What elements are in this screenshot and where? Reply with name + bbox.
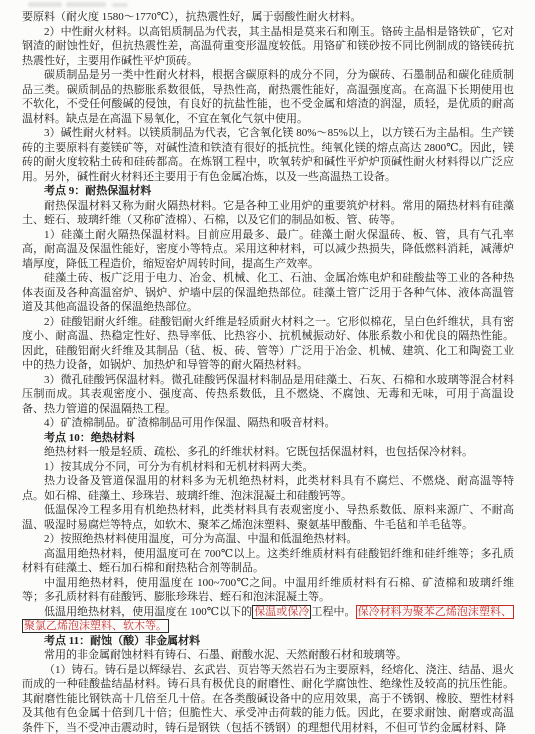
highlighted-annotation: 保温或保冷 bbox=[252, 605, 311, 619]
section-heading: 考点 9：耐热保温材料 bbox=[22, 184, 514, 199]
section-heading: 考点 11：耐蚀（酸）非金属材料 bbox=[22, 634, 514, 649]
document-text-column: 要原料（耐火度 1580～1770℃），抗热震性好，属于弱酸性耐火材料。2）中性… bbox=[22, 10, 514, 734]
text-run: （1）铸石。铸石是以辉绿岩、玄武岩、页岩等天然岩石为主要原料，经熔化、浇注、结晶… bbox=[22, 664, 514, 734]
paragraph: 高温用绝热材料，使用温度可在 700℃以上。这类纤维质材料有硅酸铝纤维和硅纤维等… bbox=[22, 547, 514, 576]
paragraph: 要原料（耐火度 1580～1770℃），抗热震性好，属于弱酸性耐火材料。 bbox=[22, 10, 514, 25]
paragraph: 2）硅酸铝耐火纤维。硅酸铝耐火纤维是轻质耐火材料之一。它形似棉花，呈白色纤维状，… bbox=[22, 315, 514, 373]
text-run: 常用的非金属耐蚀材料有铸石、石墨、耐酸水泥、天然耐酸石材和玻璃等。 bbox=[44, 649, 407, 661]
paragraph: 1）硅藻土耐火隔热保温材料。目前应用最多、最广。硅藻土耐火保温砖、板、管，具有气… bbox=[22, 228, 514, 272]
text-run: 热力设备及管道保温用的材料多为无机绝热材料，此类材料具有不腐烂、不燃烧、耐高温等… bbox=[22, 475, 514, 502]
highlighted-annotation: 保冷材料为聚苯乙烯泡沫塑料、 bbox=[356, 605, 514, 619]
text-run: 中温用绝热材料，使用温度在 100~700℃之间。中温用纤维质材料有石棉、矿渣棉… bbox=[22, 577, 514, 604]
paragraph: 2）中性耐火材料。以高铝质制品为代表，其主晶相是莫来石和刚玉。铬砖主晶相是铬铁矿… bbox=[22, 25, 514, 69]
text-run: 耐热保温材料又称为耐火隔热材料。它是各种工业用炉的重要筑炉材料。常用的隔热材料有… bbox=[22, 200, 514, 227]
paragraph: 中温用绝热材料，使用温度在 100~700℃之间。中温用纤维质材料有石棉、矿渣棉… bbox=[22, 576, 514, 605]
paragraph: 3）微孔硅酸钙保温材料。微孔硅酸钙保温材料制品是用硅藻土、石灰、石棉和水玻璃等混… bbox=[22, 373, 514, 417]
paragraph: 1）按其成分不同，可分为有机材料和无机材料两大类。 bbox=[22, 460, 514, 475]
scan-artifact bbox=[28, 2, 62, 7]
text-run: 3）碱性耐火材料。以镁质制品为代表，它含氧化镁 80%～85%以上，以方镁石为主… bbox=[22, 127, 514, 183]
paragraph: 低温保冷工程多用有机绝热材料，此类材料具有表观密度小、导热系数低、原料来源广、不… bbox=[22, 503, 514, 532]
document-page: 要原料（耐火度 1580～1770℃），抗热震性好，属于弱酸性耐火材料。2）中性… bbox=[0, 0, 535, 734]
paragraph: 热力设备及管道保温用的材料多为无机绝热材料，此类材料具有不腐烂、不燃烧、耐高温等… bbox=[22, 474, 514, 503]
paragraph: （1）铸石。铸石是以辉绿岩、玄武岩、页岩等天然岩石为主要原料，经熔化、浇注、结晶… bbox=[22, 663, 514, 734]
paragraph: 低温用绝热材料，使用温度在 100℃以下的保温或保冷工程中。保冷材料为聚苯乙烯泡… bbox=[22, 605, 514, 634]
text-run: 4）矿渣棉制品。矿渣棉制品可用作保温、隔热和吸音材料。 bbox=[44, 417, 336, 429]
paragraph: 常用的非金属耐蚀材料有铸石、石墨、耐酸水泥、天然耐酸石材和玻璃等。 bbox=[22, 648, 514, 663]
text-run: 高温用绝热材料，使用温度可在 700℃以上。这类纤维质材料有硅酸铝纤维和硅纤维等… bbox=[22, 548, 514, 575]
text-run: 考点 11：耐蚀（酸）非金属材料 bbox=[44, 635, 200, 647]
scan-artifact bbox=[112, 3, 128, 7]
paragraph: 硅藻土砖、板广泛用于电力、冶金、机械、化工、石油、金属冶炼电炉和硅酸盐等工业的各… bbox=[22, 271, 514, 315]
paragraph: 耐热保温材料又称为耐火隔热材料。它是各种工业用炉的重要筑炉材料。常用的隔热材料有… bbox=[22, 199, 514, 228]
text-run: 低温保冷工程多用有机绝热材料，此类材料具有表观密度小、导热系数低、原料来源广、不… bbox=[22, 504, 514, 531]
scan-artifact bbox=[66, 2, 106, 7]
text-run: 碳质制品是另一类中性耐火材料，根据含碳原料的成分不同，分为碳砖、石墨制品和碳化硅… bbox=[22, 69, 514, 125]
text-run: 2）按照绝热材料使用温度，可分为高温、中温和低温绝热材料。 bbox=[44, 533, 358, 545]
highlighted-annotation: 聚氯乙烯泡沫塑料、软木等。 bbox=[22, 619, 169, 633]
paragraph: 3）碱性耐火材料。以镁质制品为代表，它含氧化镁 80%～85%以上，以方镁石为主… bbox=[22, 126, 514, 184]
text-run: 3）微孔硅酸钙保温材料。微孔硅酸钙保温材料制品是用硅藻土、石灰、石棉和水玻璃等混… bbox=[22, 374, 514, 415]
paragraph: 绝热材料一般是轻质、疏松、多孔的纤维状材料。它既包括保温材料，也包括保冷材料。 bbox=[22, 445, 514, 460]
text-run: 1）按其成分不同，可分为有机材料和无机材料两大类。 bbox=[44, 461, 314, 473]
text-run: 要原料（耐火度 1580～1770℃），抗热震性好，属于弱酸性耐火材料。 bbox=[22, 11, 362, 23]
paragraph: 碳质制品是另一类中性耐火材料，根据含碳原料的成分不同，分为碳砖、石墨制品和碳化硅… bbox=[22, 68, 514, 126]
text-run: 2）中性耐火材料。以高铝质制品为代表，其主晶相是莫来石和刚玉。铬砖主晶相是铬铁矿… bbox=[22, 26, 514, 67]
text-run: 硅藻土砖、板广泛用于电力、冶金、机械、化工、石油、金属冶炼电炉和硅酸盐等工业的各… bbox=[22, 272, 514, 313]
text-run: 2）硅酸铝耐火纤维。硅酸铝耐火纤维是轻质耐火材料之一。它形似棉花，呈白色纤维状，… bbox=[22, 316, 514, 372]
section-heading: 考点 10：绝热材料 bbox=[22, 431, 514, 446]
text-run: 绝热材料一般是轻质、疏松、多孔的纤维状材料。它既包括保温材料，也包括保冷材料。 bbox=[44, 446, 473, 458]
text-run: 考点 9：耐热保温材料 bbox=[44, 185, 151, 197]
text-run: 工程中。 bbox=[311, 606, 355, 618]
paragraph: 2）按照绝热材料使用温度，可分为高温、中温和低温绝热材料。 bbox=[22, 532, 514, 547]
paragraph: 4）矿渣棉制品。矿渣棉制品可用作保温、隔热和吸音材料。 bbox=[22, 416, 514, 431]
text-run: 低温用绝热材料，使用温度在 100℃以下的 bbox=[44, 606, 252, 618]
text-run: 考点 10：绝热材料 bbox=[44, 432, 135, 444]
text-run: 1）硅藻土耐火隔热保温材料。目前应用最多、最广。硅藻土耐火保温砖、板、管，具有气… bbox=[22, 229, 514, 270]
